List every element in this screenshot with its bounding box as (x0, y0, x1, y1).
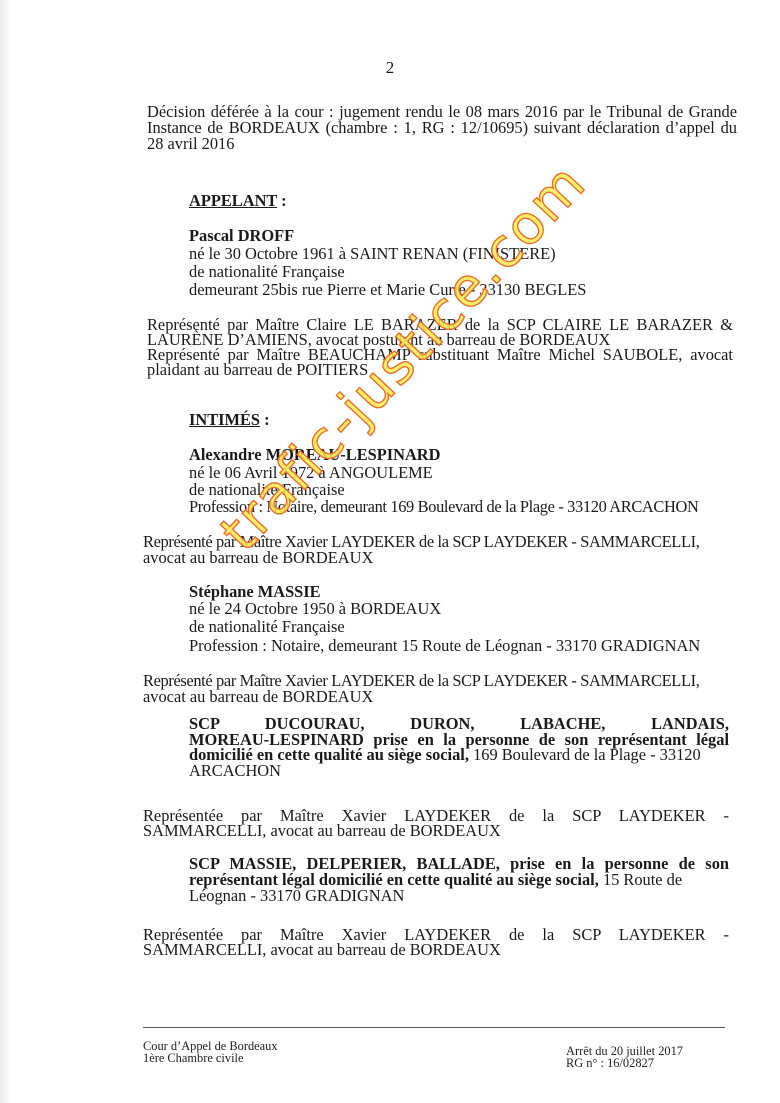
representation-line: avocat au barreau de BORDEAUX (143, 689, 373, 704)
party-address: 169 Boulevard de la Plage - 33120 (469, 745, 701, 764)
party-address: Léognan - 33170 GRADIGNAN (189, 888, 404, 903)
decision-line: Décision déférée à la cour : jugement re… (147, 104, 737, 119)
section-heading-appelant: APPELANT : (189, 191, 287, 211)
representation-line: avocat au barreau de BORDEAUX (143, 550, 373, 565)
party-detail: de nationalité Française (189, 264, 345, 279)
party-address-line: représentant légal domicilié en cette qu… (189, 872, 682, 887)
party-detail: Profession : Notaire, demeurant 15 Route… (189, 638, 700, 653)
party-detail: né le 30 Octobre 1961 à SAINT RENAN (FIN… (189, 246, 556, 261)
heading-suffix: : (277, 191, 287, 210)
party-name: SCP DUCOURAU, DURON, LABACHE, LANDAIS, (189, 716, 729, 731)
party-address: ARCACHON (189, 763, 281, 778)
decision-line: Instance de BORDEAUX (chambre : 1, RG : … (147, 120, 737, 135)
footer-divider (143, 1027, 725, 1028)
party-detail: né le 24 Octobre 1950 à BORDEAUX (189, 601, 441, 616)
representation-line: SAMMARCELLI, avocat au barreau de BORDEA… (143, 823, 501, 838)
heading-label: INTIMÉS (189, 410, 260, 429)
footer-chamber: 1ère Chambre civile (143, 1052, 243, 1065)
party-detail: demeurant 25bis rue Pierre et Marie Curi… (189, 282, 586, 297)
party-detail: Profession : Notaire, demeurant 169 Boul… (189, 499, 698, 514)
footer-rg-number: RG n° : 16/02827 (566, 1057, 654, 1070)
party-detail: de nationalité Française (189, 482, 345, 497)
document-page: 2 Décision déférée à la cour : jugement … (0, 0, 780, 1103)
party-name: Pascal DROFF (189, 228, 294, 243)
party-address-line: domicilié en cette qualité au siège soci… (189, 747, 701, 762)
section-heading-intimes: INTIMÉS : (189, 410, 270, 430)
representation-line: Représenté par Maître Xavier LAYDEKER de… (143, 673, 699, 688)
party-detail: né le 06 Avril 1972 à ANGOULEME (189, 465, 433, 480)
heading-suffix: : (260, 410, 270, 429)
party-name: Alexandre MOREAU-LESPINARD (189, 447, 440, 462)
page-number: 2 (0, 58, 780, 78)
decision-line: 28 avril 2016 (147, 136, 234, 151)
heading-label: APPELANT (189, 191, 277, 210)
representation-line: SAMMARCELLI, avocat au barreau de BORDEA… (143, 942, 501, 957)
party-address: 15 Route de (599, 870, 682, 889)
party-name: SCP MASSIE, DELPERIER, BALLADE, prise en… (189, 856, 729, 871)
party-name: Stéphane MASSIE (189, 584, 321, 599)
party-detail: de nationalité Française (189, 619, 345, 634)
representation-line: plaidant au barreau de POITIERS (147, 362, 368, 377)
representation-line: Représenté par Maître Xavier LAYDEKER de… (143, 534, 699, 549)
scan-edge-shadow (0, 0, 12, 1103)
